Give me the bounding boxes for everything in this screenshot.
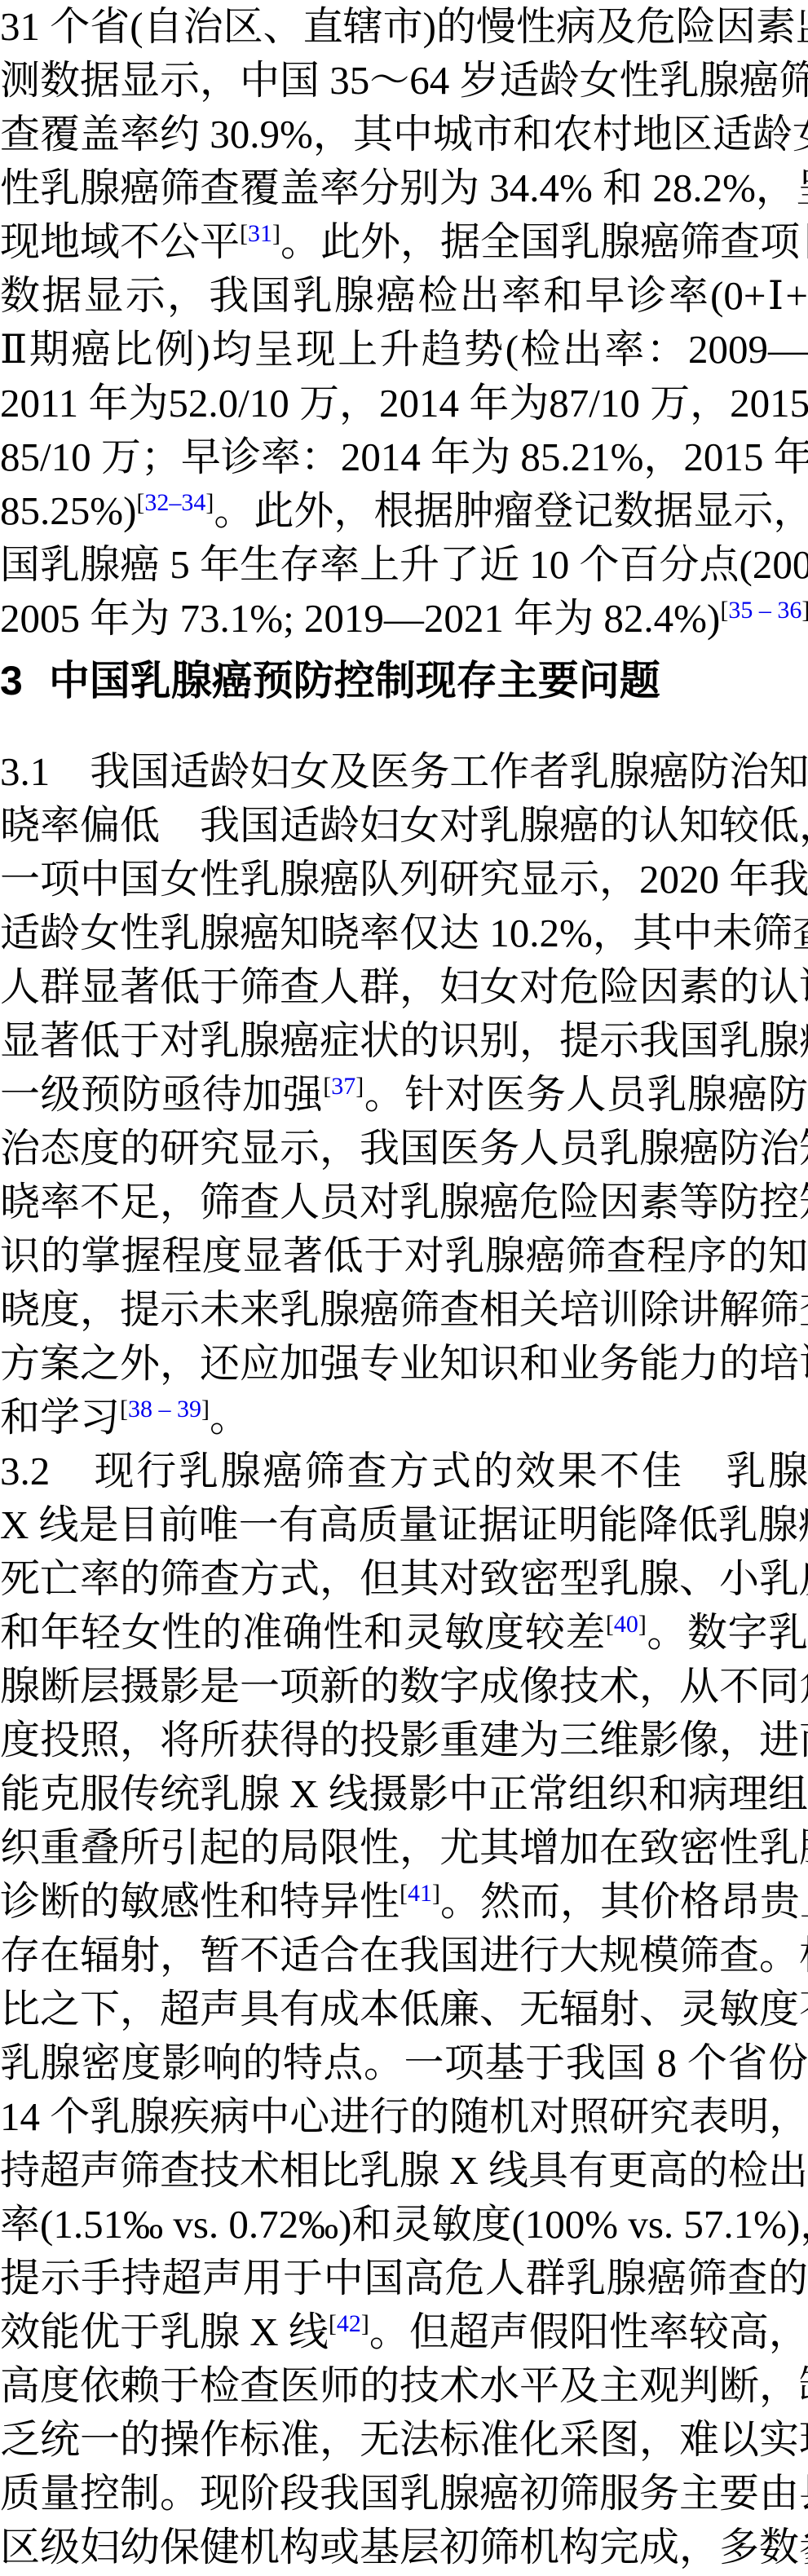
- citation-close-bracket: ]: [201, 1396, 210, 1423]
- body-text: 显著低于对乳腺癌症状的识别，提示我国乳腺癌: [0, 1018, 808, 1063]
- text-line: 14 个乳腺疾病中心进行的随机对照研究表明，手: [0, 2090, 808, 2144]
- body-text: 晓率不足，筛查人员对乳腺癌危险因素等防控知: [0, 1180, 808, 1224]
- run-in-heading-text: 3.2 现行乳腺癌筛查方式的效果不佳: [0, 1449, 684, 1493]
- citation-close-bracket: ]: [638, 1611, 647, 1638]
- citation-number: 32–34: [144, 489, 205, 516]
- body-text: 乳腺密度影响的特点。一项基于我国 8 个省份: [0, 2040, 808, 2085]
- citation-open-bracket: [: [120, 1396, 128, 1423]
- text-line: 和年轻女性的准确性和灵敏度较差[40]。数字乳: [0, 1606, 808, 1660]
- body-text: 晓度，提示未来乳腺癌筛查相关培训除讲解筛查: [0, 1287, 808, 1332]
- body-text: 一级预防亟待加强: [0, 1072, 323, 1117]
- citation-close-bracket: ]: [272, 220, 280, 247]
- body-text: 人群显著低于筛查人群，妇女对危险因素的认识: [0, 964, 808, 1009]
- text-line: 腺断层摄影是一项新的数字成像技术，从不同角: [0, 1660, 808, 1714]
- text-line: 31 个省(自治区、直辖市)的慢性病及危险因素监: [0, 0, 808, 54]
- text-line: 死亡率的筛查方式，但其对致密型乳腺、小乳房: [0, 1552, 808, 1606]
- text-line: 织重叠所引起的局限性，尤其增加在致密性乳腺: [0, 1821, 808, 1875]
- body-text: 腺断层摄影是一项新的数字成像技术，从不同角: [0, 1664, 808, 1709]
- body-text: 区级妇幼保健机构或基层初筛机构完成，多数参: [0, 2525, 808, 2569]
- body-text: 度投照，将所获得的投影重建为三维影像，进而: [0, 1718, 808, 1762]
- body-text: 。数字乳: [647, 1610, 808, 1655]
- body-text: 效能优于乳腺 X 线: [0, 2309, 329, 2354]
- text-line: 方案之外，还应加强专业知识和业务能力的培训: [0, 1337, 808, 1391]
- body-text: 持超声筛查技术相比乳腺 X 线具有更高的检出: [0, 2148, 808, 2193]
- text-line: 高度依赖于检查医师的技术水平及主观判断，缺: [0, 2359, 808, 2413]
- citation-number: 41: [408, 1880, 432, 1907]
- citation-open-bracket: [: [720, 597, 728, 624]
- citation-open-bracket: [: [240, 220, 248, 247]
- body-text: 14 个乳腺疾病中心进行的随机对照研究表明，手: [0, 2094, 808, 2139]
- body-text: 乳腺: [684, 1449, 808, 1493]
- citation-ref[interactable]: [31]: [240, 222, 280, 246]
- text-line: 3.1 我国适龄妇女及医务工作者乳腺癌防治知: [0, 745, 808, 799]
- run-in-heading-text: 晓率偏低: [0, 803, 160, 848]
- text-line: 能克服传统乳腺 X 线摄影中正常组织和病理组: [0, 1767, 808, 1821]
- citation-close-bracket: ]: [355, 1073, 364, 1100]
- body-text: 一项中国女性乳腺癌队列研究显示，2020 年我国: [0, 857, 808, 902]
- document-page: 31 个省(自治区、直辖市)的慢性病及危险因素监测数据显示，中国 35～64 岁…: [0, 0, 808, 2576]
- body-text: 国乳腺癌 5 年生存率上升了近 10 个百分点(2003—: [0, 542, 808, 587]
- text-line: 2011 年为52.0/10 万，2014 年为87/10 万，2015 年为: [0, 377, 808, 430]
- body-text: 现地域不公平: [0, 219, 240, 264]
- body-text: Ⅱ期癌比例)均呈现上升趋势(检出率：2009—: [0, 327, 808, 372]
- citation-open-bracket: [: [400, 1880, 408, 1907]
- text-line: 显著低于对乳腺癌症状的识别，提示我国乳腺癌: [0, 1014, 808, 1068]
- citation-ref[interactable]: [35 – 36]: [720, 598, 808, 623]
- citation-open-bracket: [: [329, 2310, 337, 2337]
- body-text: 能克服传统乳腺 X 线摄影中正常组织和病理组: [0, 1771, 808, 1816]
- citation-close-bracket: ]: [205, 489, 214, 516]
- text-line: 治态度的研究显示，我国医务人员乳腺癌防治知: [0, 1122, 808, 1176]
- body-text: 测数据显示，中国 35～64 岁适龄女性乳腺癌筛: [0, 58, 808, 103]
- citation-ref[interactable]: [37]: [323, 1074, 364, 1099]
- text-line: 晓率偏低 我国适龄妇女对乳腺癌的认知较低，: [0, 799, 808, 853]
- citation-ref[interactable]: [41]: [400, 1881, 440, 1906]
- body-text: 诊断的敏感性和特异性: [0, 1879, 400, 1924]
- body-text: 方案之外，还应加强专业知识和业务能力的培训: [0, 1341, 808, 1386]
- run-in-heading-text: 3.1 我国适龄妇女及医务工作者乳腺癌防治知: [0, 749, 808, 794]
- text-line: 一项中国女性乳腺癌队列研究显示，2020 年我国: [0, 853, 808, 906]
- body-text: 。此外，据全国乳腺癌筛查项目: [280, 219, 808, 264]
- paragraph-epidemiology-stats: 31 个省(自治区、直辖市)的慢性病及危险因素监测数据显示，中国 35～64 岁…: [0, 0, 808, 646]
- text-line: 乳腺密度影响的特点。一项基于我国 8 个省份: [0, 2036, 808, 2090]
- body-text: 治态度的研究显示，我国医务人员乳腺癌防治知: [0, 1126, 808, 1171]
- body-text: 。此外，根据肿瘤登记数据显示，我: [214, 488, 808, 533]
- text-line: 性乳腺癌筛查覆盖率分别为 34.4% 和 28.2%，呈: [0, 161, 808, 215]
- body-text: 85/10 万；早诊率：2014 年为 85.21%，2015 年为: [0, 434, 808, 479]
- citation-number: 37: [331, 1073, 355, 1100]
- body-text: 比之下，超声具有成本低廉、无辐射、灵敏度不受: [0, 1987, 808, 2031]
- citation-ref[interactable]: [38 – 39]: [120, 1397, 210, 1422]
- text-line: 乏统一的操作标准，无法标准化采图，难以实现: [0, 2413, 808, 2467]
- citation-ref[interactable]: [32–34]: [136, 491, 214, 515]
- paragraph-3-2-screening-methods: 3.2 现行乳腺癌筛查方式的效果不佳 乳腺X 线是目前唯一有高质量证据证明能降低…: [0, 1445, 808, 2574]
- text-line: 比之下，超声具有成本低廉、无辐射、灵敏度不受: [0, 1983, 808, 2036]
- citation-number: 31: [248, 220, 272, 247]
- body-text: 我国适龄妇女对乳腺癌的认知较低，: [160, 803, 808, 848]
- text-line: 测数据显示，中国 35～64 岁适龄女性乳腺癌筛: [0, 54, 808, 108]
- text-line: 和学习[38 – 39]。: [0, 1391, 808, 1445]
- text-line: Ⅱ期癌比例)均呈现上升趋势(检出率：2009—: [0, 323, 808, 377]
- text-line: 现地域不公平[31]。此外，据全国乳腺癌筛查项目: [0, 215, 808, 269]
- text-line: 一级预防亟待加强[37]。针对医务人员乳腺癌防: [0, 1068, 808, 1122]
- text-line: X 线是目前唯一有高质量证据证明能降低乳腺癌: [0, 1498, 808, 1552]
- body-text: 和学习: [0, 1395, 120, 1440]
- text-line: 持超声筛查技术相比乳腺 X 线具有更高的检出: [0, 2144, 808, 2198]
- text-line: 3.2 现行乳腺癌筛查方式的效果不佳 乳腺: [0, 1445, 808, 1498]
- citation-number: 35 – 36: [728, 597, 801, 624]
- citation-close-bracket: ]: [801, 597, 808, 624]
- text-line: 85.25%)[32–34]。此外，根据肿瘤登记数据显示，我: [0, 484, 808, 538]
- citation-ref[interactable]: [40]: [606, 1612, 647, 1637]
- heading-number: 3: [0, 658, 23, 704]
- text-line: 诊断的敏感性和特异性[41]。然而，其价格昂贵且: [0, 1875, 808, 1929]
- citation-open-bracket: [: [606, 1611, 614, 1638]
- text-line: 国乳腺癌 5 年生存率上升了近 10 个百分点(2003—: [0, 538, 808, 592]
- body-text: 死亡率的筛查方式，但其对致密型乳腺、小乳房: [0, 1556, 808, 1601]
- section-3-heading: 3中国乳腺癌预防控制现存主要问题: [0, 654, 808, 708]
- body-text: 适龄女性乳腺癌知晓率仅达 10.2%，其中未筛查: [0, 911, 808, 955]
- body-text: 质量控制。现阶段我国乳腺癌初筛服务主要由县: [0, 2471, 808, 2516]
- body-text: 织重叠所引起的局限性，尤其增加在致密性乳腺: [0, 1825, 808, 1870]
- body-text: 。但超声假阳性率较高，且: [369, 2309, 808, 2354]
- body-text: 数据显示，我国乳腺癌检出率和早诊率(0+Ⅰ+: [0, 273, 808, 318]
- text-line: 存在辐射，暂不适合在我国进行大规模筛查。相: [0, 1929, 808, 1983]
- citation-number: 40: [614, 1611, 638, 1638]
- text-line: 查覆盖率约 30.9%，其中城市和农村地区适龄女: [0, 108, 808, 161]
- text-line: 区级妇幼保健机构或基层初筛机构完成，多数参: [0, 2521, 808, 2574]
- text-line: 适龄女性乳腺癌知晓率仅达 10.2%，其中未筛查: [0, 906, 808, 960]
- citation-open-bracket: [: [136, 489, 144, 516]
- body-text: 提示手持超声用于中国高危人群乳腺癌筛查的: [0, 2256, 808, 2300]
- text-line: 效能优于乳腺 X 线[42]。但超声假阳性率较高，且: [0, 2305, 808, 2359]
- body-text: 乏统一的操作标准，无法标准化采图，难以实现: [0, 2417, 808, 2462]
- text-line: 度投照，将所获得的投影重建为三维影像，进而: [0, 1714, 808, 1767]
- citation-open-bracket: [: [323, 1073, 331, 1100]
- body-text: 31 个省(自治区、直辖市)的慢性病及危险因素监: [0, 4, 808, 49]
- body-text: 。: [210, 1395, 249, 1440]
- heading-title: 中国乳腺癌预防控制现存主要问题: [49, 658, 660, 704]
- citation-number: 38 – 39: [128, 1396, 201, 1423]
- citation-close-bracket: ]: [361, 2310, 369, 2337]
- text-line: 数据显示，我国乳腺癌检出率和早诊率(0+Ⅰ+: [0, 269, 808, 323]
- text-line: 提示手持超声用于中国高危人群乳腺癌筛查的: [0, 2252, 808, 2305]
- body-text: 高度依赖于检查医师的技术水平及主观判断，缺: [0, 2363, 808, 2408]
- text-line: 85/10 万；早诊率：2014 年为 85.21%，2015 年为: [0, 430, 808, 484]
- body-text: 和年轻女性的准确性和灵敏度较差: [0, 1610, 606, 1655]
- citation-ref[interactable]: [42]: [329, 2312, 369, 2336]
- body-text: 。针对医务人员乳腺癌防: [364, 1072, 808, 1117]
- text-line: 识的掌握程度显著低于对乳腺癌筛查程序的知: [0, 1229, 808, 1283]
- text-line: 率(1.51‰ vs. 0.72‰)和灵敏度(100% vs. 57.1%)，: [0, 2198, 808, 2252]
- body-text: 。然而，其价格昂贵且: [440, 1879, 808, 1924]
- text-line: 2005 年为 73.1%; 2019—2021 年为 82.4%)[35 – …: [0, 592, 808, 646]
- body-text: 85.25%): [0, 488, 136, 533]
- body-text: 识的掌握程度显著低于对乳腺癌筛查程序的知: [0, 1233, 808, 1278]
- body-text: 存在辐射，暂不适合在我国进行大规模筛查。相: [0, 1933, 808, 1978]
- body-text: 2005 年为 73.1%; 2019—2021 年为 82.4%): [0, 596, 720, 641]
- body-text: 2011 年为52.0/10 万，2014 年为87/10 万，2015 年为: [0, 381, 808, 426]
- body-text: X 线是目前唯一有高质量证据证明能降低乳腺癌: [0, 1502, 808, 1547]
- body-text: 查覆盖率约 30.9%，其中城市和农村地区适龄女: [0, 112, 808, 157]
- paragraph-3-1-awareness: 3.1 我国适龄妇女及医务工作者乳腺癌防治知晓率偏低 我国适龄妇女对乳腺癌的认知…: [0, 745, 808, 1445]
- text-line: 晓度，提示未来乳腺癌筛查相关培训除讲解筛查: [0, 1283, 808, 1337]
- body-text: 率(1.51‰ vs. 0.72‰)和灵敏度(100% vs. 57.1%)，: [0, 2202, 808, 2247]
- citation-close-bracket: ]: [432, 1880, 440, 1907]
- text-line: 人群显著低于筛查人群，妇女对危险因素的认识: [0, 960, 808, 1014]
- text-line: 质量控制。现阶段我国乳腺癌初筛服务主要由县: [0, 2467, 808, 2521]
- body-text: 性乳腺癌筛查覆盖率分别为 34.4% 和 28.2%，呈: [0, 165, 808, 210]
- citation-number: 42: [337, 2310, 361, 2337]
- text-line: 晓率不足，筛查人员对乳腺癌危险因素等防控知: [0, 1176, 808, 1229]
